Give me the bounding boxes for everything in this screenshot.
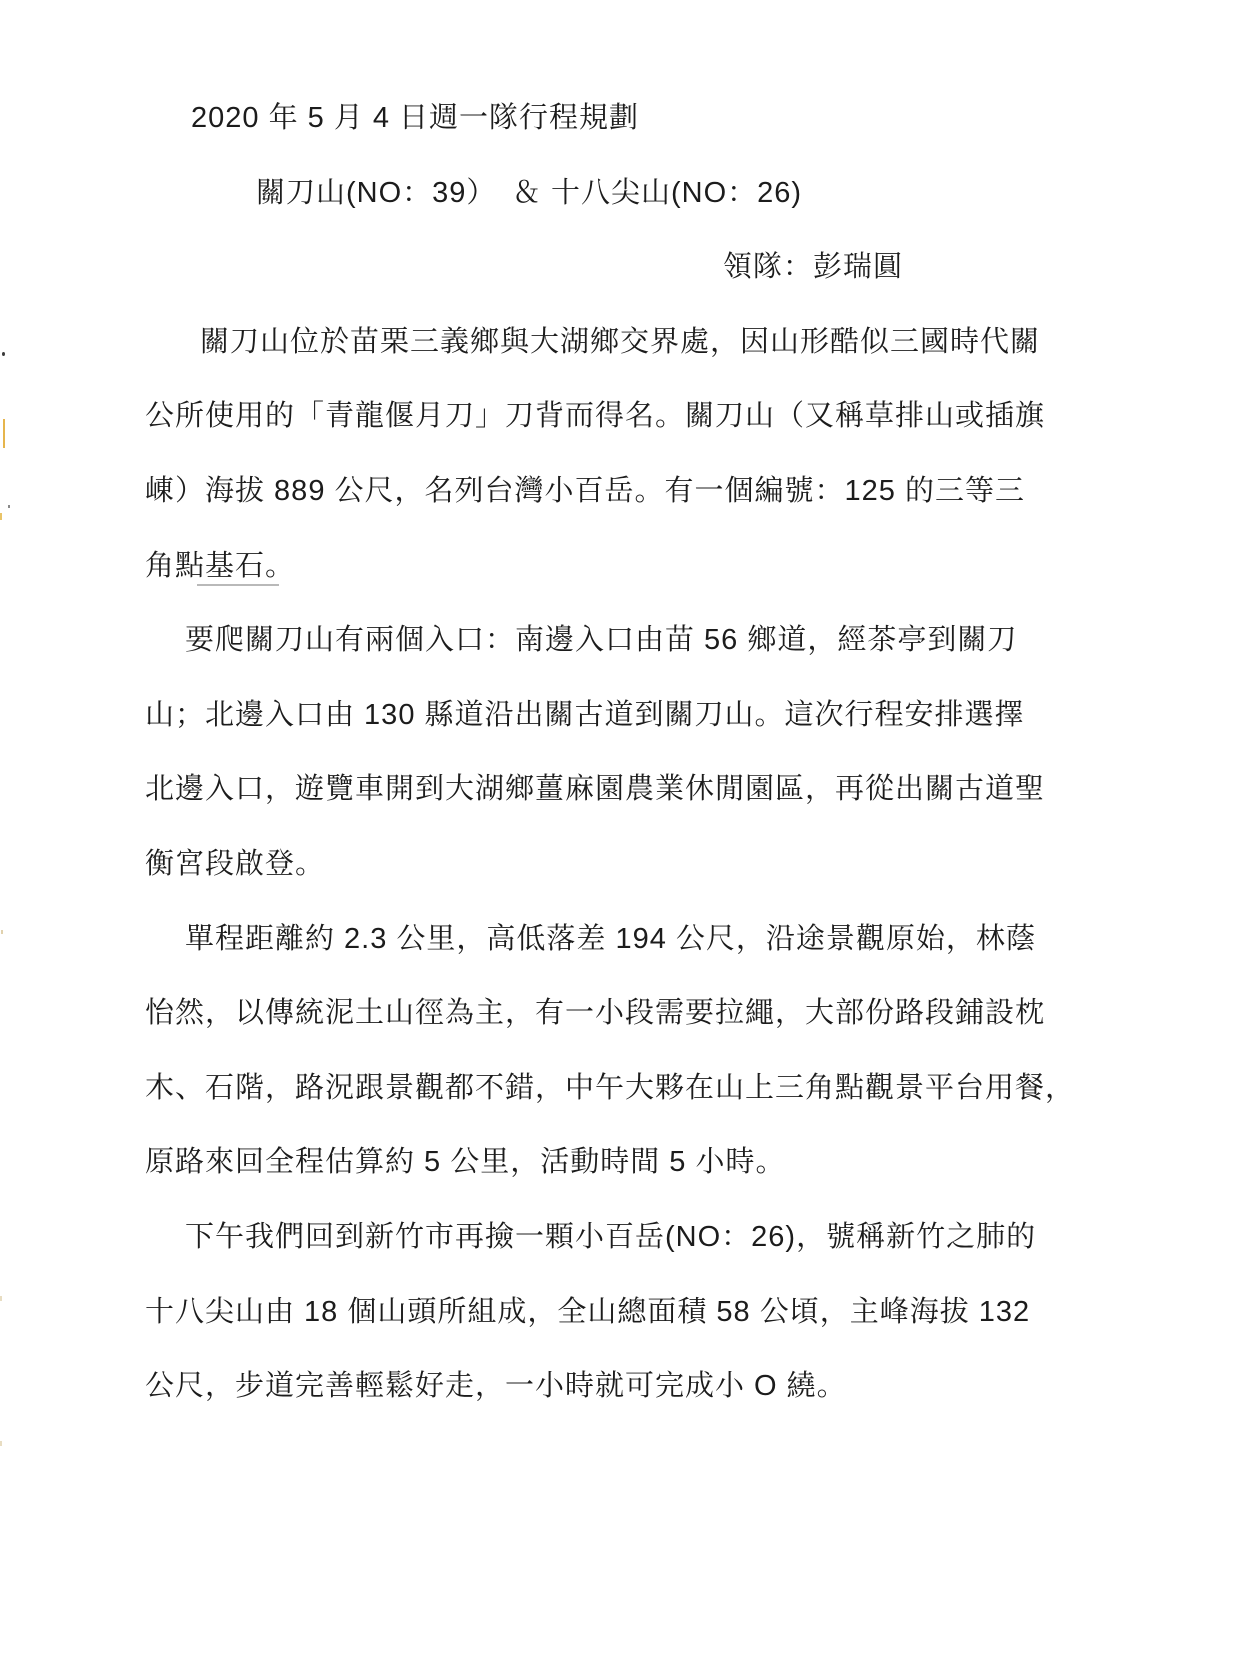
paragraph-line: 原路來回全程估算約 5 公里，活動時間 5 小時。 xyxy=(145,1125,1025,1200)
document-page: 2020 年 5 月 4 日週一隊行程規劃 關刀山(NO：39） ＆ 十八尖山(… xyxy=(0,0,1246,1658)
paragraph-line: 公尺，步道完善輕鬆好走，一小時就可完成小 O 繞。 xyxy=(145,1349,1025,1424)
paragraph-line: 北邊入口，遊覽車開到大湖鄉薑麻園農業休閒園區，再從出關古道聖 xyxy=(145,752,1025,827)
page-edge-artifact xyxy=(8,505,10,508)
paragraph-line: 單程距離約 2.3 公里，高低落差 194 公尺，沿途景觀原始，林蔭 xyxy=(145,902,1025,977)
doc-title: 2020 年 5 月 4 日週一隊行程規劃 xyxy=(145,81,1025,156)
leader-line: 領隊：彭瑞圓 xyxy=(145,230,1025,305)
page-edge-artifact xyxy=(2,352,5,356)
paragraph-line: 衡宮段啟登。 xyxy=(145,827,1025,902)
page-edge-artifact xyxy=(0,513,2,520)
doc-subtitle: 關刀山(NO：39） ＆ 十八尖山(NO：26) xyxy=(145,156,1025,231)
paragraph-line: 十八尖山由 18 個山頭所組成，全山總面積 58 公頃，主峰海拔 132 xyxy=(145,1275,1025,1350)
page-edge-artifact xyxy=(3,419,5,448)
paragraph-line: 山；北邊入口由 130 縣道沿出關古道到關刀山。這次行程安排選擇 xyxy=(145,678,1025,753)
paragraph-line: 木、石階，路況跟景觀都不錯，中午大夥在山上三角點觀景平台用餐， xyxy=(145,1051,1025,1126)
page-edge-artifact xyxy=(0,1296,2,1301)
paragraph-line: 怡然，以傳統泥土山徑為主，有一小段需要拉繩，大部份路段鋪設枕 xyxy=(145,976,1025,1051)
paragraph-line: 下午我們回到新竹市再撿一顆小百岳(NO：26)，號稱新竹之肺的 xyxy=(145,1200,1025,1275)
paragraph-line: 公所使用的「青龍偃月刀」刀背而得名。關刀山（又稱草排山或插旗 xyxy=(145,379,1025,454)
document-body: 2020 年 5 月 4 日週一隊行程規劃 關刀山(NO：39） ＆ 十八尖山(… xyxy=(145,81,1025,1424)
page-edge-artifact xyxy=(1,930,3,934)
paragraph-line: 角點基石。 xyxy=(145,529,1025,604)
paragraph-line: 要爬關刀山有兩個入口：南邊入口由苗 56 鄉道，經茶亭到關刀 xyxy=(145,603,1025,678)
page-edge-artifact xyxy=(0,1441,2,1446)
paragraph-line: 崠）海拔 889 公尺，名列台灣小百岳。有一個編號：125 的三等三 xyxy=(145,454,1025,529)
proofing-underline xyxy=(197,584,279,586)
paragraph-line: 關刀山位於苗栗三義鄉與大湖鄉交界處，因山形酷似三國時代關 xyxy=(145,305,1025,380)
